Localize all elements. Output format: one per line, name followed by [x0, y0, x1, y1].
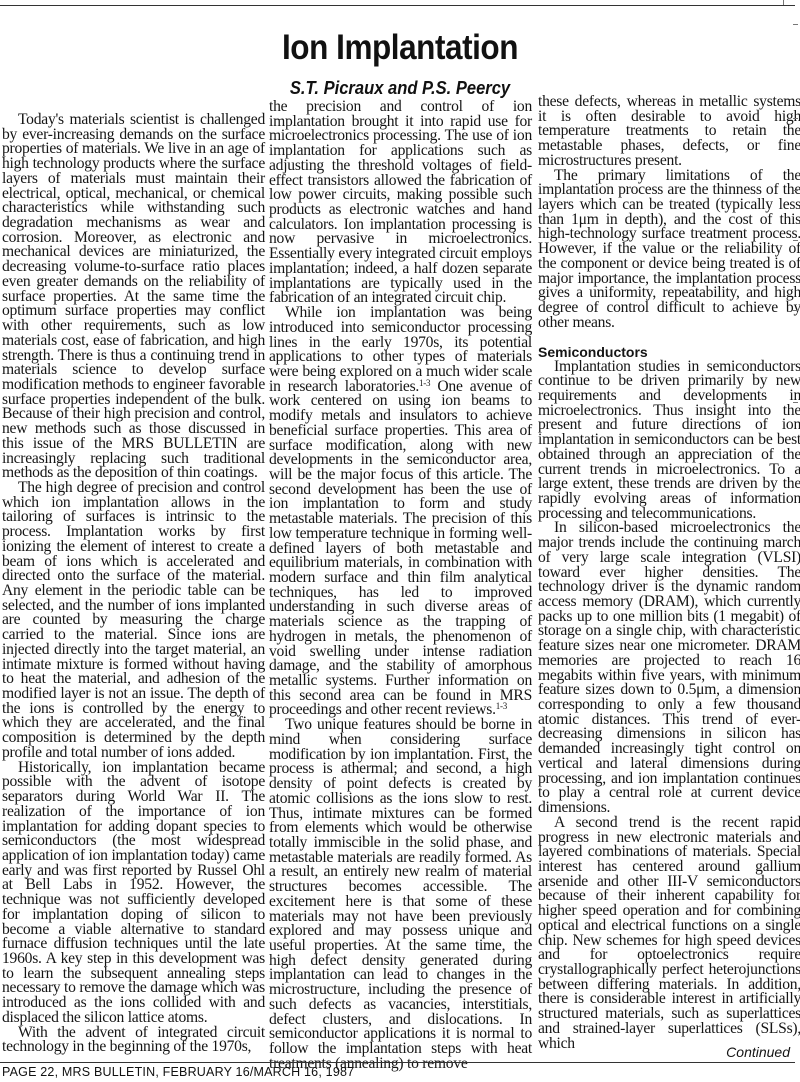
edge-mark	[793, 310, 798, 311]
article-title: Ion Implantation	[40, 28, 760, 68]
paragraph: Today's materials scientist is challenge…	[2, 113, 265, 481]
reference-superscript: 1-3	[496, 701, 507, 711]
paragraph: In silicon-based microelectronics the ma…	[538, 521, 800, 815]
page-footer: PAGE 22, MRS BULLETIN, FEBRUARY 16/MARCH…	[2, 1065, 354, 1079]
paragraph: The high degree of precision and control…	[2, 481, 265, 761]
edge-mark	[793, 190, 798, 191]
edge-mark	[793, 24, 798, 25]
bottom-rule	[0, 1062, 795, 1063]
edge-mark	[793, 402, 798, 403]
paragraph: A second trend is the recent rapid progr…	[538, 816, 800, 1052]
paragraph: While ion implantation was being introdu…	[269, 306, 532, 718]
paragraph: these defects, whereas in metallic syste…	[538, 95, 800, 169]
paragraph: the precision and control of ion implant…	[269, 100, 532, 306]
reference-superscript: 1-3	[419, 378, 430, 388]
column-2: the precision and control of ion implant…	[269, 100, 532, 1071]
column-3: these defects, whereas in metallic syste…	[538, 95, 800, 1051]
paragraph-text: One avenue of work centered on using ion…	[269, 378, 532, 719]
continued-label: Continued	[538, 1044, 790, 1060]
top-rule	[0, 5, 795, 6]
paragraph: Implantation studies in semiconductors c…	[538, 360, 800, 522]
column-1: Today's materials scientist is challenge…	[2, 113, 265, 1055]
top-rule-tick	[783, 0, 784, 5]
paragraph: With the advent of integrated circuit te…	[2, 1026, 265, 1055]
paragraph: Two unique features should be borne in m…	[269, 718, 532, 1071]
paragraph: The primary limitations of the implantat…	[538, 169, 800, 331]
edge-mark	[793, 118, 798, 119]
paragraph: Historically, ion implantation became po…	[2, 761, 265, 1026]
edge-mark	[793, 240, 798, 241]
